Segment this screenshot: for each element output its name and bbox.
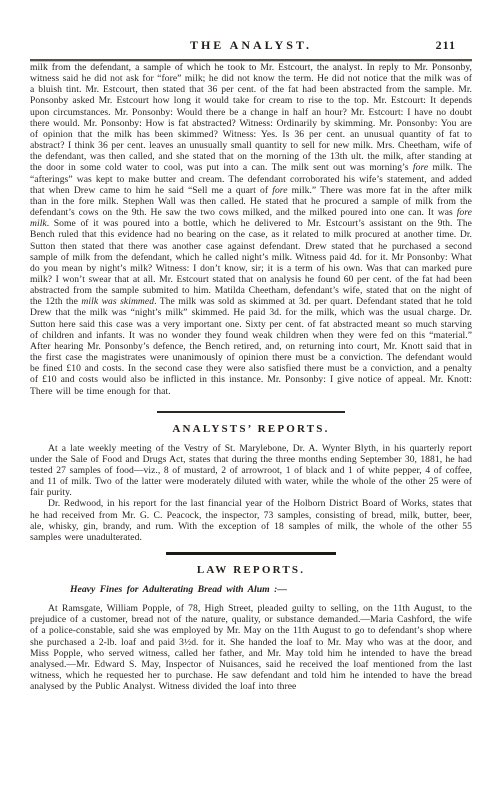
page-content: THE ANALYST. 211 milk from the defendant… xyxy=(0,0,500,692)
law-reports-subheading: Heavy Fines for Adulterating Bread with … xyxy=(30,584,472,596)
section-divider xyxy=(157,411,345,413)
section-divider xyxy=(166,552,336,555)
analysts-report-paragraph: At a late weekly meeting of the Vestry o… xyxy=(30,443,472,499)
law-report-paragraph: At Ramsgate, William Popple, of 78, High… xyxy=(30,603,472,692)
law-reports-heading: LAW REPORTS. xyxy=(30,564,472,577)
journal-page: THE ANALYST. 211 milk from the defendant… xyxy=(0,0,500,792)
page-header: THE ANALYST. 211 xyxy=(30,38,472,53)
analysts-reports-heading: ANALYSTS’ REPORTS. xyxy=(30,423,472,436)
case-report-paragraph: milk from the defendant, a sample of whi… xyxy=(30,62,472,397)
analysts-report-paragraph: Dr. Redwood, in his report for the last … xyxy=(30,498,472,543)
journal-title: THE ANALYST. xyxy=(30,38,472,53)
page-number: 211 xyxy=(436,38,456,53)
